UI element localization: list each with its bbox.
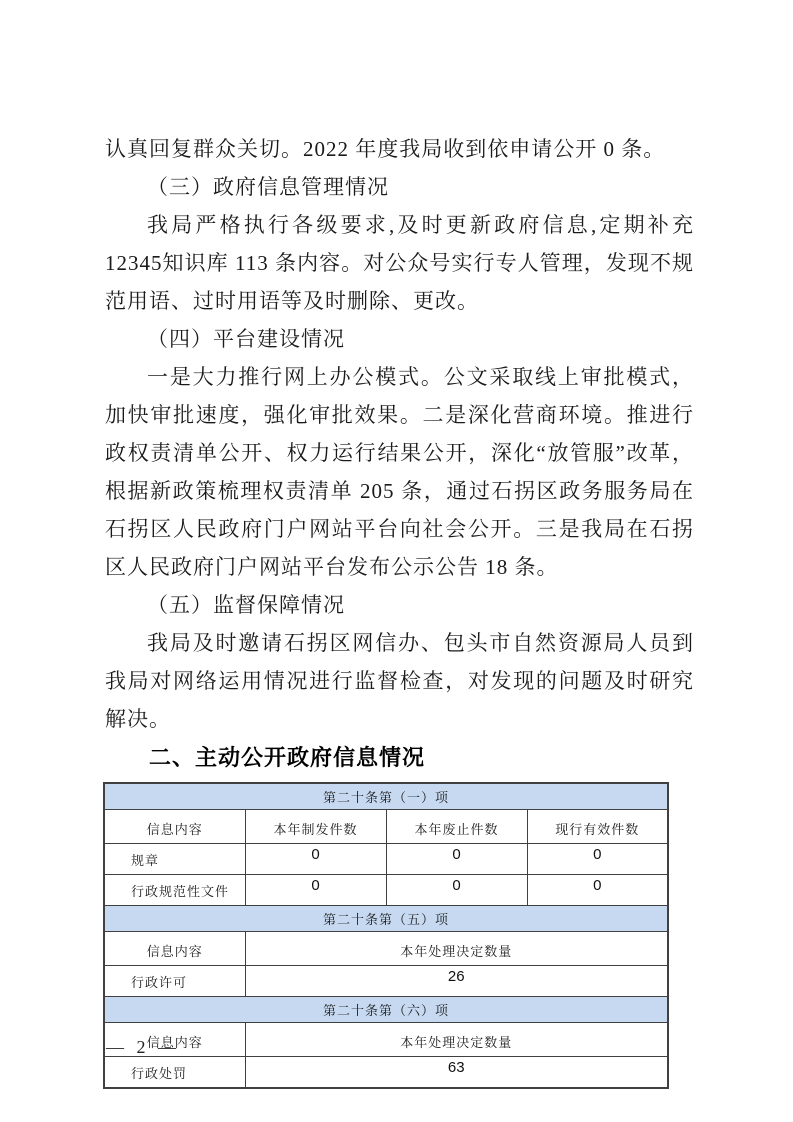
- section-heading: 二、主动公开政府信息情况: [105, 741, 694, 775]
- table-row: 行政许可 26: [104, 966, 668, 997]
- table-value: 0: [527, 875, 668, 906]
- table-row: 信息内容 本年处理决定数量: [104, 932, 668, 966]
- row-label: 行政处罚: [104, 1057, 245, 1089]
- row-label: 规章: [104, 844, 245, 875]
- row-label: 行政规范性文件: [104, 875, 245, 906]
- column-header: 现行有效件数: [527, 810, 668, 844]
- table-value: 0: [245, 875, 386, 906]
- column-header: 本年处理决定数量: [245, 1023, 668, 1057]
- table-row: 信息内容 本年处理决定数量: [104, 1023, 668, 1057]
- column-header: 信息内容: [104, 932, 245, 966]
- table-value: 26: [245, 966, 668, 997]
- table-value: 0: [245, 844, 386, 875]
- table-section-title: 第二十条第（六）项: [104, 997, 668, 1023]
- body-paragraph: 认真回复群众关切。2022 年度我局收到依申请公开 0 条。: [105, 130, 694, 168]
- table-value: 0: [527, 844, 668, 875]
- table-row: 第二十条第（五）项: [104, 906, 668, 932]
- table-row: 第二十条第（六）项: [104, 997, 668, 1023]
- row-label: 行政许可: [104, 966, 245, 997]
- document-page: 认真回复群众关切。2022 年度我局收到依申请公开 0 条。 （三）政府信息管理…: [0, 0, 793, 1122]
- page-number: — 2 —: [106, 1037, 177, 1058]
- page-content: 认真回复群众关切。2022 年度我局收到依申请公开 0 条。 （三）政府信息管理…: [105, 130, 694, 1089]
- column-header: 本年制发件数: [245, 810, 386, 844]
- table-section-title: 第二十条第（五）项: [104, 906, 668, 932]
- table-value: 0: [386, 844, 527, 875]
- subsection-heading-four: （四）平台建设情况: [105, 320, 694, 358]
- subsection-heading-three: （三）政府信息管理情况: [105, 168, 694, 206]
- table-row: 规章 0 0 0: [104, 844, 668, 875]
- table-row: 信息内容 本年制发件数 本年废止件数 现行有效件数: [104, 810, 668, 844]
- table-row: 行政规范性文件 0 0 0: [104, 875, 668, 906]
- column-header: 本年废止件数: [386, 810, 527, 844]
- table-row: 行政处罚 63: [104, 1057, 668, 1089]
- body-paragraph: 一是大力推行网上办公模式。公文采取线上审批模式，加快审批速度，强化审批效果。二是…: [105, 358, 694, 586]
- body-paragraph: 我局严格执行各级要求,及时更新政府信息,定期补充12345知识库 113 条内容…: [105, 206, 694, 320]
- column-header: 本年处理决定数量: [245, 932, 668, 966]
- table-value: 0: [386, 875, 527, 906]
- table-value: 63: [245, 1057, 668, 1089]
- table-row: 第二十条第（一）项: [104, 783, 668, 810]
- disclosure-table: 第二十条第（一）项 信息内容 本年制发件数 本年废止件数 现行有效件数 规章 0…: [103, 782, 669, 1089]
- table-section-title: 第二十条第（一）项: [104, 783, 668, 810]
- column-header: 信息内容: [104, 810, 245, 844]
- body-paragraph: 我局及时邀请石拐区网信办、包头市自然资源局人员到我局对网络运用情况进行监督检查，…: [105, 624, 694, 738]
- subsection-heading-five: （五）监督保障情况: [105, 586, 694, 624]
